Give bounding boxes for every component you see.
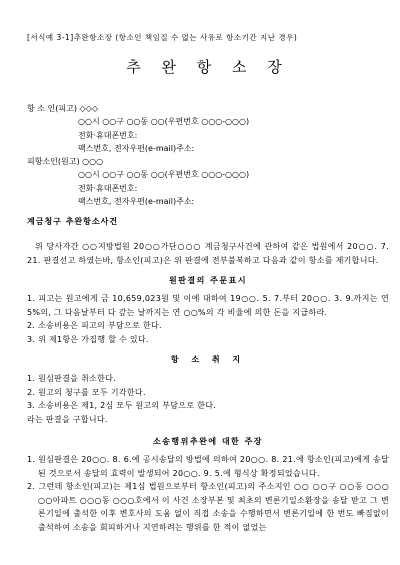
appellee-address: ○○시 ○○구 ○○동 ○○(우편번호 ○○○-○○○) <box>27 168 389 181</box>
appeal-claim-item: 1. 원심판결을 취소한다. <box>27 372 389 386</box>
case-title: 계금청구 추완항소사건 <box>27 216 389 227</box>
original-judgment-list: 1. 피고는 원고에게 금 10,659,023원 및 이에 대하여 19○○.… <box>27 292 389 346</box>
appeal-claim-item: 3. 소송비용은 제1, 2심 모두 원고의 부담으로 한다. <box>27 399 389 413</box>
section-heading-supplementation: 소송행위추완에 대한 주장 <box>27 436 389 447</box>
supplementation-item: 1. 원심판결은 20○○. 8. 6.에 공시송달의 방법에 의하여 20○○… <box>27 453 389 480</box>
parties-block: 항 소 인(피고) ◇◇◇ ○○시 ○○구 ○○동 ○○(우편번호 ○○○-○○… <box>27 102 389 208</box>
appellant-fax-email: 팩스번호, 전자우편(e-mail)주소: <box>27 142 389 155</box>
appellant-address: ○○시 ○○구 ○○동 ○○(우편번호 ○○○-○○○) <box>27 115 389 128</box>
judgment-item: 2. 소송비용은 피고의 부담으로 한다. <box>27 319 389 333</box>
judgment-item: 3. 위 제1항은 가집행 할 수 있다. <box>27 333 389 347</box>
appeal-claim-list: 1. 원심판결을 취소한다. 2. 원고의 청구를 모두 기각한다. 3. 소송… <box>27 372 389 426</box>
document-title: 추 완 항 소 장 <box>27 58 389 76</box>
judgment-item: 1. 피고는 원고에게 금 10,659,023원 및 이에 대하여 19○○.… <box>27 292 389 319</box>
appellee-name: 피항소인(원고) ○○○ <box>27 155 389 168</box>
appeal-claim-item: 2. 원고의 청구를 모두 기각한다. <box>27 386 389 400</box>
form-label: [서식예 3-1]추완항소장 (항소인 책임질 수 없는 사유로 항소기간 지난… <box>27 33 389 43</box>
supplementation-list: 1. 원심판결은 20○○. 8. 6.에 공시송달의 방법에 의하여 20○○… <box>27 453 389 534</box>
appellant-name: 항 소 인(피고) ◇◇◇ <box>27 102 389 115</box>
appellee-fax-email: 팩스번호, 전자우편(e-mail)주소: <box>27 195 389 208</box>
section-heading-appeal-claim: 항 소 취 지 <box>27 354 389 366</box>
appellee-phone: 전화·휴대폰번호: <box>27 182 389 195</box>
appeal-claim-closing: 라는 판결을 구합니다. <box>27 413 389 427</box>
section-heading-original-judgment: 원판결의 주문표시 <box>27 275 389 286</box>
legal-document-page: [서식예 3-1]추완항소장 (항소인 책임질 수 없는 사유로 항소기간 지난… <box>0 0 400 565</box>
appellant-phone: 전화·휴대폰번호: <box>27 129 389 142</box>
intro-paragraph: 위 당사자간 ○○지방법원 20○○가단○○○ 계금청구사건에 관하여 같은 법… <box>27 240 389 268</box>
supplementation-item: 2. 그런데 항소인(피고)는 제1심 법원으로부터 항소인(피고)의 주소지인… <box>27 480 389 534</box>
